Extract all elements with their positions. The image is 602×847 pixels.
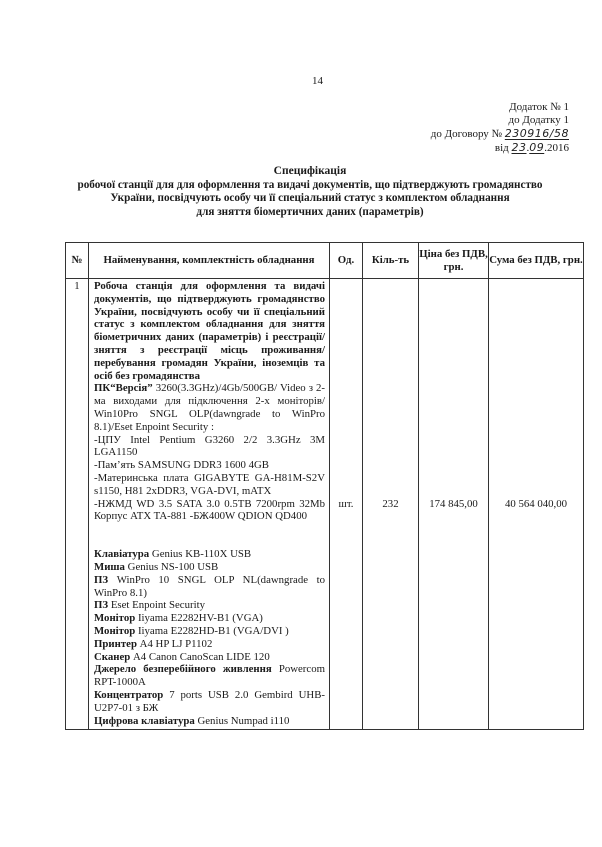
header-sum: Сума без ПДВ, грн. [489, 243, 584, 279]
item-software-antivirus: ПЗ Eset Enpoint Security [94, 599, 325, 612]
table-header-row: № Найменування, комплектність обладнання… [66, 243, 584, 279]
header-num: № [66, 243, 89, 279]
component-hdd-case: -НЖМД WD 3.5 SATA 3.0 0.5TB 7200rpm 32Mb… [94, 498, 325, 524]
item-numpad: Цифрова клавіатура Genius Numpad i110 [94, 715, 325, 728]
header-qty: Кіль-ть [363, 243, 419, 279]
addendum-line2: до Додатку 1 [431, 114, 569, 127]
row-description: Робоча станція для оформлення та видачі … [89, 279, 330, 730]
item-usb-hub: Концентратор 7 ports USB 2.0 Gembird UHB… [94, 689, 325, 715]
date-year: 2016 [547, 142, 569, 154]
contract-number: 230916/58 [505, 127, 569, 140]
title-main: Специфікація [60, 165, 560, 179]
header-name: Найменування, комплектність обладнання [89, 243, 330, 279]
component-ram: -Пам’ять SAMSUNG DDR3 1600 4GB [94, 459, 325, 472]
addendum-header: Додаток № 1 до Додатку 1 до Договору № 2… [431, 101, 569, 155]
item-monitor-1: Монітор Iiyama E2282HV-B1 (VGA) [94, 612, 325, 625]
item-monitor-2: Монітор Iiyama E2282HD-B1 (VGA/DVI ) [94, 625, 325, 638]
header-unit: Од. [330, 243, 363, 279]
row-qty: 232 [363, 279, 419, 730]
component-motherboard: -Материнська плата GIGABYTE GA-H81M-S2V … [94, 472, 325, 498]
row-num: 1 [66, 279, 89, 730]
item-scanner: Сканер A4 Canon CanoScan LIDE 120 [94, 651, 325, 664]
pc-spec: ПК“Версія” 3260(3.3GHz)/4Gb/500GB/ Video… [94, 382, 325, 433]
specification-table: № Найменування, комплектність обладнання… [65, 242, 584, 730]
item-title: Робоча станція для оформлення та видачі … [94, 280, 325, 382]
table-row: 1 Робоча станція для оформлення та видач… [66, 279, 584, 730]
date-line: від 23.09.2016 [431, 141, 569, 155]
page-number: 14 [312, 75, 323, 87]
date-month: 09 [529, 141, 544, 154]
row-price: 174 845,00 [419, 279, 489, 730]
spacer [94, 523, 325, 548]
item-mouse: Миша Genius NS-100 USB [94, 561, 325, 574]
contract-line: до Договору № 230916/58 [431, 127, 569, 141]
title-line3: для зняття біомертичних даних (параметрі… [60, 206, 560, 220]
item-software-os: ПЗ WinPro 10 SNGL OLP NL(dawngrade to Wi… [94, 574, 325, 600]
addendum-line1: Додаток № 1 [431, 101, 569, 114]
title-line2: України, посвідчують особу чи її спеціал… [60, 192, 560, 206]
title-line1: робочої станції для для оформлення та ви… [60, 179, 560, 193]
item-keyboard: Клавіатура Genius KB-110X USB [94, 548, 325, 561]
document-title: Специфікація робочої станції для для офо… [60, 165, 560, 219]
component-cpu: -ЦПУ Intel Pentium G3260 2/2 3.3GHz 3M L… [94, 434, 325, 460]
row-sum: 40 564 040,00 [489, 279, 584, 730]
item-ups: Джерело безперебійного живлення Powercom… [94, 663, 325, 689]
header-price: Ціна без ПДВ, грн. [419, 243, 489, 279]
date-day: 23 [512, 141, 527, 154]
item-printer: Принтер A4 HP LJ P1102 [94, 638, 325, 651]
date-prefix: від [495, 142, 509, 154]
contract-prefix: до Договору № [431, 128, 502, 140]
row-unit: шт. [330, 279, 363, 730]
